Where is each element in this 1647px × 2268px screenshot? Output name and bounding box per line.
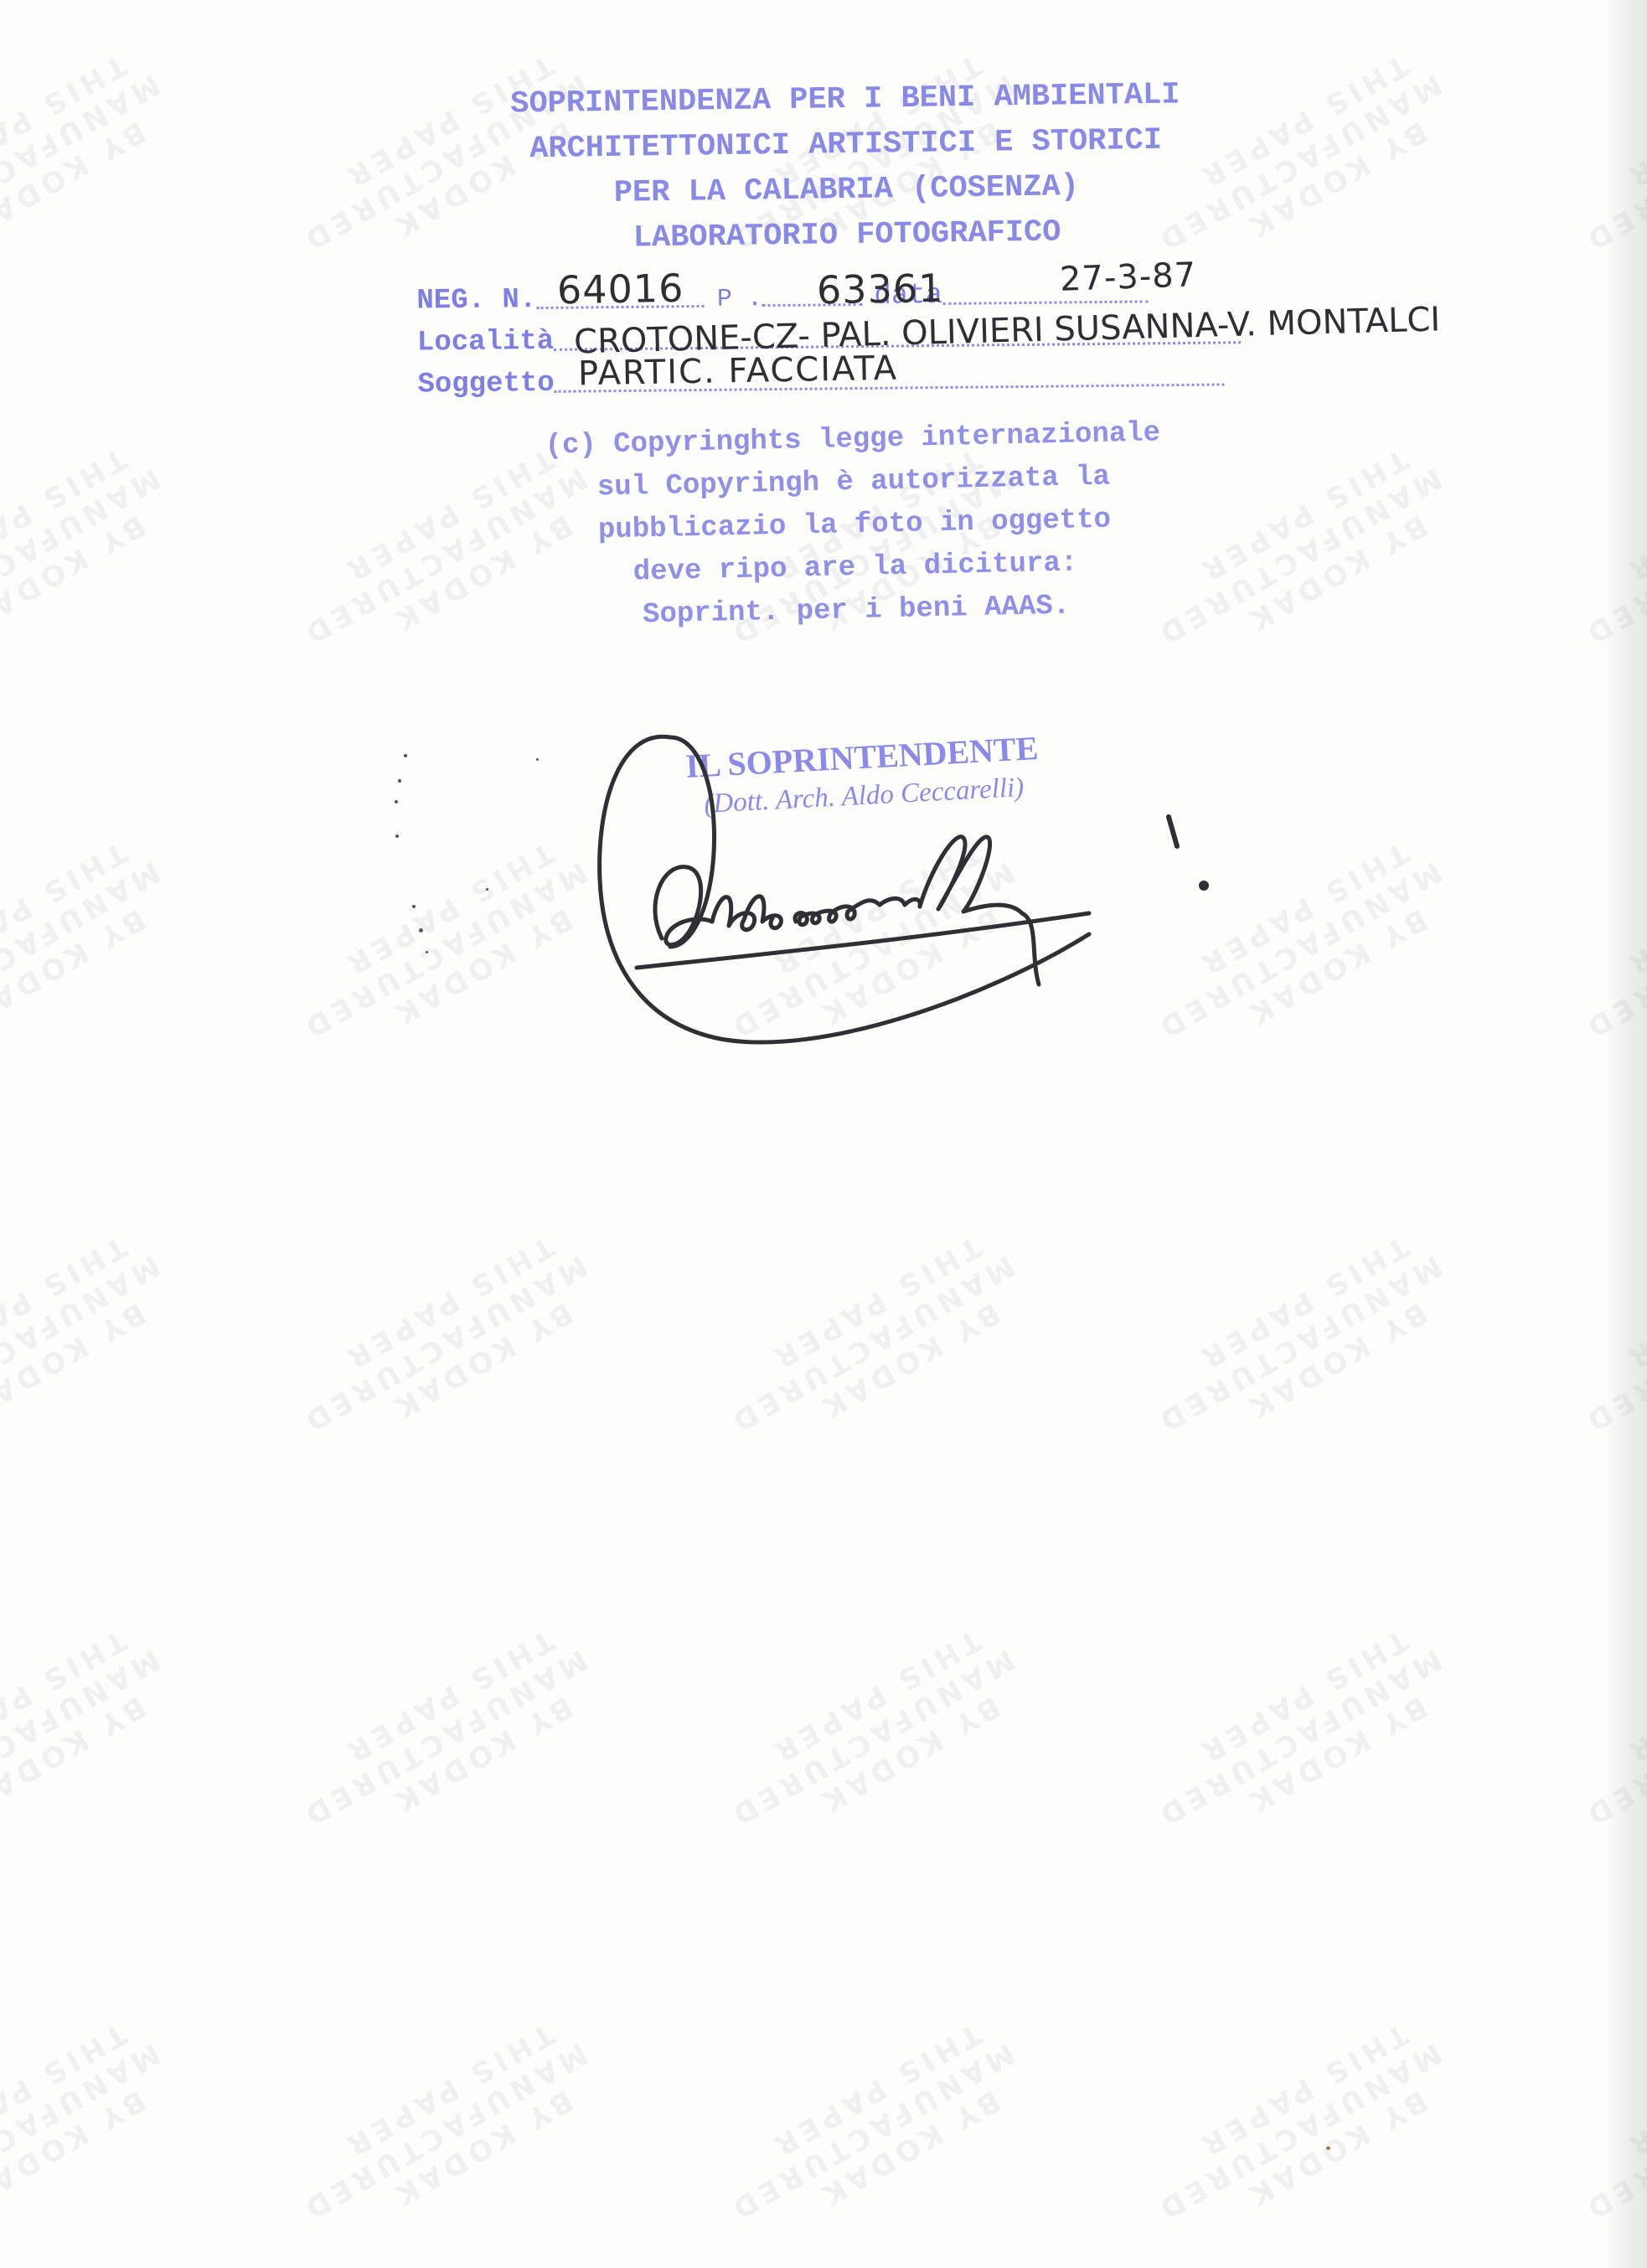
paper-speck [412, 905, 416, 908]
paper-speck [404, 754, 407, 757]
handwritten-signature [0, 0, 1647, 2268]
paper-speck [426, 951, 428, 953]
paper-speck [536, 758, 539, 761]
paper-speck [486, 888, 488, 891]
paper-speck [395, 834, 399, 838]
paper-speck [1326, 2147, 1330, 2150]
paper-speck [395, 800, 398, 803]
paper-speck [419, 928, 423, 933]
paper-speck [398, 779, 401, 783]
